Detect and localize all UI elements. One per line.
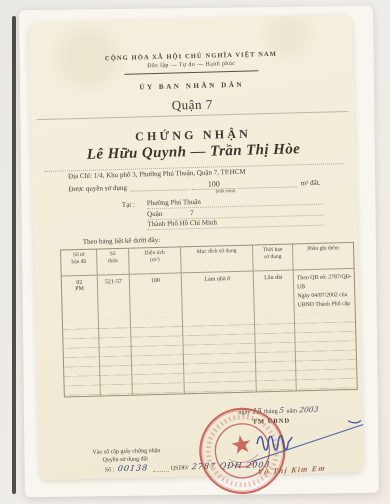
empty-rows bbox=[183, 315, 257, 393]
grant-label: Được quyền sử dụng bbox=[68, 184, 127, 194]
cell-notes: Theo QĐ số: 2787/QĐ-UB Ngày 04/07/2002 c… bbox=[294, 269, 355, 315]
signature-ink bbox=[237, 419, 370, 470]
registry-line1: Vào sổ cấp giấy chứng nhận bbox=[92, 448, 160, 456]
area-unit: m² đất. bbox=[301, 179, 321, 188]
photo-edge-shadow bbox=[12, 16, 16, 494]
empty-rows bbox=[295, 313, 357, 391]
year-handwritten: 2003 bbox=[299, 405, 319, 415]
parcel-table: Số tờ bản đồ Số thửa Diện tích (m²) Mục … bbox=[60, 242, 358, 398]
empty-rows bbox=[99, 319, 133, 396]
table-intro: Theo bảng liệt kê dưới đây: bbox=[83, 236, 160, 246]
col-header-term: Thời hạn sử dụng bbox=[253, 244, 294, 271]
dotted-leader bbox=[130, 182, 189, 192]
cell-parcel: 521-57 bbox=[98, 275, 131, 320]
registry-number-label: Số : bbox=[105, 467, 115, 473]
location-label: Tại : bbox=[122, 201, 135, 209]
empty-rows bbox=[63, 320, 101, 397]
cell-term: Lâu dài bbox=[254, 270, 295, 315]
col-header-notes: Phần ghi thêm bbox=[293, 243, 354, 271]
col-header-area: Diện tích (m²) bbox=[129, 247, 182, 274]
col-header-purpose: Mục đích sử dụng bbox=[181, 246, 254, 274]
dotted-leader bbox=[153, 465, 169, 472]
cell-map-sheet: 02 PM bbox=[62, 276, 99, 321]
empty-rows bbox=[131, 317, 185, 394]
col-header-map-sheet: Số tờ bản đồ bbox=[61, 250, 98, 277]
issuer-district: Quận 7 bbox=[30, 93, 354, 117]
area-in-words: (một trăm) bbox=[190, 187, 260, 194]
scanned-land-certificate-photo: { "national": { "line1": "CỘNG HÒA XÃ HỘ… bbox=[0, 0, 390, 504]
motto-rule bbox=[124, 70, 258, 75]
registry-line2: Quyền sử dụng đất bbox=[102, 456, 148, 463]
cell-area: 100 bbox=[130, 273, 183, 318]
empty-rows bbox=[255, 314, 297, 391]
registry-book-label: QSDĐ/ bbox=[171, 465, 189, 471]
col-header-parcel: Số thửa bbox=[97, 249, 130, 276]
registry-number-handwritten: 00138 bbox=[117, 463, 148, 473]
certificate-paper: CỘNG HÒA XÃ HỘI CHỦ NGHĨA VIỆT NAM Độc l… bbox=[28, 14, 364, 480]
issuer-name: ỦY BAN NHÂN DÂN bbox=[30, 78, 354, 94]
cell-purpose: Làm nhà ở bbox=[182, 271, 255, 317]
